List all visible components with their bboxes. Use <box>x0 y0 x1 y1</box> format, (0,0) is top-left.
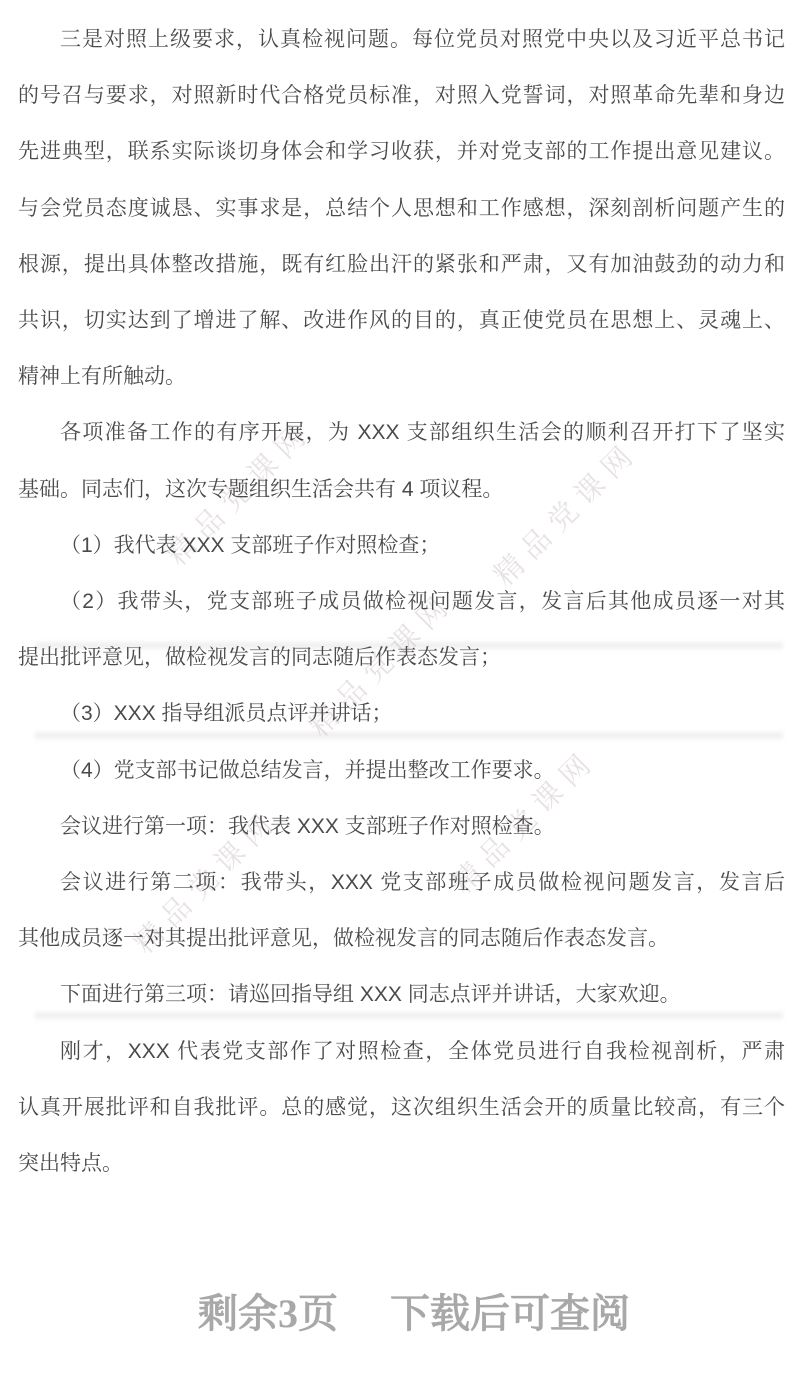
document-line: 先进典型，联系实际谈切身体会和学习收获，并对党支部的工作提出意见建议。 <box>18 124 785 180</box>
document-line: 会议进行第二项：我带头，XXX 党支部班子成员做检视问题发言，发言后 <box>18 855 785 911</box>
document-line: （1）我代表 XXX 支部班子作对照检查； <box>18 518 785 574</box>
document-line: 下面进行第三项：请巡回指导组 XXX 同志点评并讲话，大家欢迎。 <box>18 967 785 1023</box>
remaining-pages-label: 剩余3页 <box>198 1291 338 1336</box>
document-line: 刚才，XXX 代表党支部作了对照检查，全体党员进行自我检视剖析，严肃 <box>18 1024 785 1080</box>
document-line: 认真开展批评和自我批评。总的感觉，这次组织生活会开的质量比较高，有三个 <box>18 1080 785 1136</box>
document-line: 三是对照上级要求，认真检视问题。每位党员对照党中央以及习近平总书记 <box>18 12 785 68</box>
document-line: （4）党支部书记做总结发言，并提出整改工作要求。 <box>18 743 785 799</box>
document-line: 各项准备工作的有序开展，为 XXX 支部组织生活会的顺利召开打下了坚实 <box>18 405 785 461</box>
document-line: 的号召与要求，对照新时代合格党员标准，对照入党誓词，对照革命先辈和身边 <box>18 68 785 124</box>
document-line: 会议进行第一项：我代表 XXX 支部班子作对照检查。 <box>18 799 785 855</box>
document-line: 基础。同志们，这次专题组织生活会共有 4 项议程。 <box>18 462 785 518</box>
document-line: 与会党员态度诚恳、实事求是，总结个人思想和工作感想，深刻剖析问题产生的 <box>18 181 785 237</box>
document-line: （3）XXX 指导组派员点评并讲话； <box>18 686 785 742</box>
document-line: 共识，切实达到了增进了解、改进作风的目的，真正使党员在思想上、灵魂上、 <box>18 293 785 349</box>
download-to-view-label: 下载后可查阅 <box>390 1291 630 1336</box>
document-line: 突出特点。 <box>18 1136 785 1192</box>
pages-remaining-notice: 剩余3页下载后可查阅 <box>14 1282 800 1339</box>
document-line: 根源，提出具体整改措施，既有红脸出汗的紧张和严肃，又有加油鼓劲的动力和 <box>18 237 785 293</box>
document-line: 精神上有所触动。 <box>18 349 785 405</box>
document-body: 三是对照上级要求，认真检视问题。每位党员对照党中央以及习近平总书记的号召与要求，… <box>0 0 800 1192</box>
document-line: 其他成员逐一对其提出批评意见，做检视发言的同志随后作表态发言。 <box>18 911 785 967</box>
document-preview-page: 精品党课网精品党课网精品党课网精品党课网精品党课网 三是对照上级要求，认真检视问… <box>0 0 800 1383</box>
document-line: 提出批评意见，做检视发言的同志随后作表态发言； <box>18 630 785 686</box>
document-line: （2）我带头，党支部班子成员做检视问题发言，发言后其他成员逐一对其 <box>18 574 785 630</box>
